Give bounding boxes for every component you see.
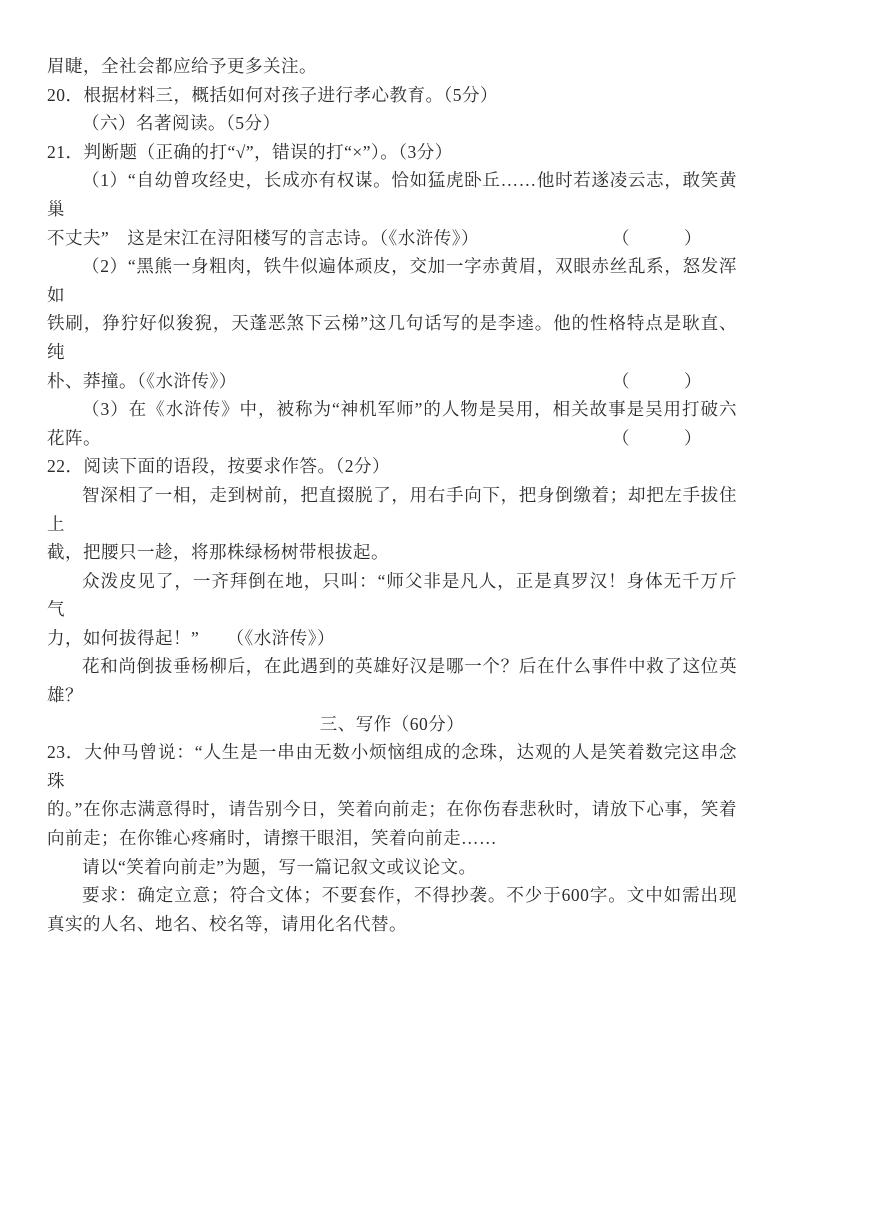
passage-paragraph-2-line-1: 众泼皮见了，一齐拜倒在地，只叫：“师父非是凡人，正是真罗汉！身体无千万斤气 (47, 567, 737, 624)
exam-paper-text-block: 眉睫，全社会都应给予更多关注。 20．根据材料三，概括如何对孩子进行孝心教育。（… (47, 52, 737, 938)
exam-paper-page: 眉睫，全社会都应给予更多关注。 20．根据材料三，概括如何对孩子进行孝心教育。（… (0, 0, 869, 1229)
question-23-line-1: 23．大仲马曾说：“人生是一串由无数小烦恼组成的念珠，达观的人是笑着数完这串念珠 (47, 738, 737, 795)
question-22-prompt-line-1: 花和尚倒拔垂杨柳后，在此遇到的英雄好汉是哪一个？后在什么事件中救了这位英 (47, 652, 737, 681)
judgement-item-3-line-1: （3）在《水浒传》中，被称为“神机军师”的人物是吴用，相关故事是吴用打破六 (47, 395, 737, 424)
passage-paragraph-1-line-1: 智深相了一相，走到树前，把直掇脱了，用右手向下，把身倒缴着；却把左手拔住上 (47, 481, 737, 538)
answer-blank-1: （ ） (612, 224, 702, 253)
judgement-item-1-line-2: 不丈夫” 这是宋江在浔阳楼写的言志诗。（《水浒传》） （ ） (47, 224, 737, 253)
answer-blank-2: （ ） (612, 367, 702, 396)
judgement-item-2-line-2: 铁刷，狰狞好似狻猊，天蓬恶煞下云梯”这几句话写的是李逵。他的性格特点是耿直、纯 (47, 309, 737, 366)
passage-paragraph-2-line-2: 力，如何拔得起！” （《水浒传》） (47, 624, 737, 653)
context-continuation-line: 眉睫，全社会都应给予更多关注。 (47, 52, 737, 81)
passage-paragraph-1-line-2: 截，把腰只一趁，将那株绿杨树带根拔起。 (47, 538, 737, 567)
judgement-item-2-line-3: 朴、莽撞。（《水浒传》） （ ） (47, 367, 737, 396)
judgement-item-2-text: 朴、莽撞。（《水浒传》） (47, 367, 237, 396)
answer-blank-3: （ ） (612, 424, 702, 453)
question-22-prompt-line-2: 雄？ (47, 681, 737, 710)
question-22: 22．阅读下面的语段，按要求作答。（2分） (47, 452, 737, 481)
question-20: 20．根据材料三，概括如何对孩子进行孝心教育。（5分） (47, 81, 737, 110)
judgement-item-1-text: 不丈夫” 这是宋江在浔阳楼写的言志诗。（《水浒传》） (47, 224, 479, 253)
judgement-item-1-line-1: （1）“自幼曾攻经史，长成亦有权谋。恰如猛虎卧丘……他时若遂凌云志，敢笑黄巢 (47, 166, 737, 223)
essay-requirements-line-1: 要求：确定立意；符合文体；不要套作，不得抄袭。不少于600字。文中如需出现 (47, 881, 737, 910)
question-21: 21．判断题（正确的打“√”，错误的打“×”）。（3分） (47, 138, 737, 167)
judgement-item-3-line-2: 花阵。 （ ） (47, 424, 737, 453)
judgement-item-3-text: 花阵。 (47, 424, 101, 453)
judgement-item-2-line-1: （2）“黑熊一身粗肉，铁牛似遍体顽皮，交加一字赤黄眉，双眼赤丝乱系，怒发浑如 (47, 252, 737, 309)
question-23-line-2: 的。”在你志满意得时，请告别今日，笑着向前走；在你伤春悲秋时，请放下心事，笑着 (47, 795, 737, 824)
question-23-line-3: 向前走；在你锥心疼痛时，请擦干眼泪，笑着向前走…… (47, 824, 737, 853)
essay-title-instruction: 请以“笑着向前走”为题，写一篇记叙文或议论文。 (47, 853, 737, 882)
section-6-heading: （六）名著阅读。（5分） (47, 109, 737, 138)
section-3-writing-heading: 三、写作（60分） (47, 710, 737, 739)
essay-requirements-line-2: 真实的人名、地名、校名等，请用化名代替。 (47, 910, 737, 939)
